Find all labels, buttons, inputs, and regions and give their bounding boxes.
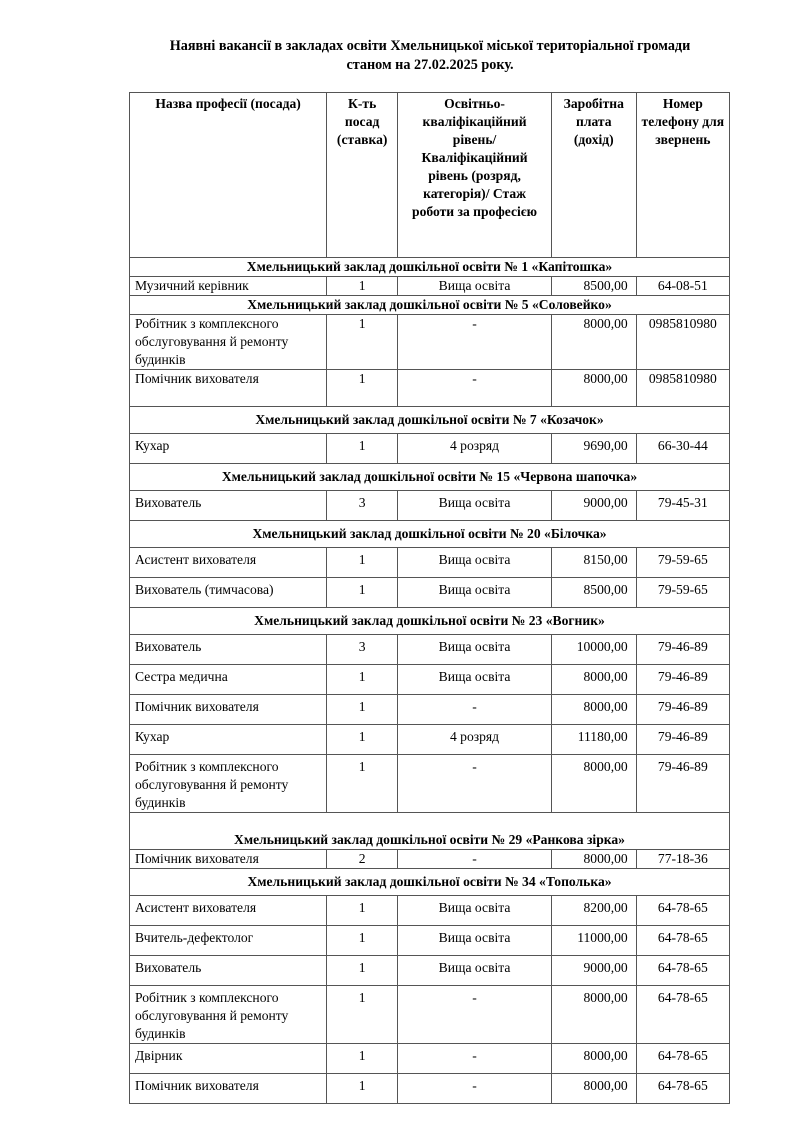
cell-count: 1 [327, 665, 398, 695]
section-header-row: Хмельницький заклад дошкільної освіти № … [130, 813, 730, 850]
cell-salary: 8000,00 [551, 665, 636, 695]
cell-qualification: - [398, 315, 552, 370]
cell-phone: 64-78-65 [636, 1074, 729, 1104]
section-title: Хмельницький заклад дошкільної освіти № … [130, 407, 730, 434]
cell-phone: 66-30-44 [636, 434, 729, 464]
section-title: Хмельницький заклад дошкільної освіти № … [130, 813, 730, 850]
cell-phone: 64-78-65 [636, 896, 729, 926]
section-header-row: Хмельницький заклад дошкільної освіти № … [130, 407, 730, 434]
cell-qualification: Вища освіта [398, 277, 552, 296]
cell-salary: 8000,00 [551, 370, 636, 407]
cell-qualification: - [398, 986, 552, 1044]
cell-qualification: 4 розряд [398, 434, 552, 464]
cell-count: 1 [327, 956, 398, 986]
cell-count: 3 [327, 491, 398, 521]
cell-position: Помічник вихователя [130, 695, 327, 725]
cell-salary: 8150,00 [551, 548, 636, 578]
table-row: Асистент вихователя1Вища освіта8150,0079… [130, 548, 730, 578]
table-row: Вихователь1Вища освіта9000,0064-78-65 [130, 956, 730, 986]
cell-qualification: Вища освіта [398, 548, 552, 578]
cell-qualification: Вища освіта [398, 956, 552, 986]
cell-salary: 8000,00 [551, 850, 636, 869]
table-row: Музичний керівник1Вища освіта8500,0064-0… [130, 277, 730, 296]
cell-position: Робітник з комплексного обслуговування й… [130, 315, 327, 370]
cell-salary: 8200,00 [551, 896, 636, 926]
cell-salary: 8000,00 [551, 315, 636, 370]
cell-salary: 11000,00 [551, 926, 636, 956]
section-header-row: Хмельницький заклад дошкільної освіти № … [130, 521, 730, 548]
cell-qualification: Вища освіта [398, 665, 552, 695]
cell-salary: 9690,00 [551, 434, 636, 464]
cell-phone: 0985810980 [636, 370, 729, 407]
section-header-row: Хмельницький заклад дошкільної освіти № … [130, 608, 730, 635]
cell-salary: 8500,00 [551, 578, 636, 608]
table-row: Вчитель-дефектолог1Вища освіта11000,0064… [130, 926, 730, 956]
cell-qualification: - [398, 695, 552, 725]
cell-phone: 64-78-65 [636, 1044, 729, 1074]
header-salary: Заробітна плата (дохід) [551, 93, 636, 258]
cell-position: Кухар [130, 434, 327, 464]
cell-count: 1 [327, 548, 398, 578]
table-row: Помічник вихователя1-8000,0064-78-65 [130, 1074, 730, 1104]
cell-count: 1 [327, 434, 398, 464]
cell-count: 2 [327, 850, 398, 869]
table-row: Вихователь (тимчасова)1Вища освіта8500,0… [130, 578, 730, 608]
cell-phone: 79-46-89 [636, 725, 729, 755]
cell-count: 1 [327, 315, 398, 370]
cell-position: Двірник [130, 1044, 327, 1074]
cell-position: Сестра медична [130, 665, 327, 695]
cell-phone: 79-59-65 [636, 548, 729, 578]
table-body: Хмельницький заклад дошкільної освіти № … [130, 258, 730, 1104]
cell-position: Кухар [130, 725, 327, 755]
cell-salary: 9000,00 [551, 956, 636, 986]
cell-count: 1 [327, 755, 398, 813]
cell-phone: 0985810980 [636, 315, 729, 370]
cell-count: 1 [327, 896, 398, 926]
cell-count: 1 [327, 1074, 398, 1104]
cell-position: Вихователь [130, 635, 327, 665]
table-row: Кухар14 розряд9690,0066-30-44 [130, 434, 730, 464]
table-row: Вихователь3Вища освіта9000,0079-45-31 [130, 491, 730, 521]
section-header-row: Хмельницький заклад дошкільної освіти № … [130, 869, 730, 896]
cell-salary: 11180,00 [551, 725, 636, 755]
cell-qualification: - [398, 1074, 552, 1104]
cell-salary: 8000,00 [551, 986, 636, 1044]
cell-salary: 8000,00 [551, 695, 636, 725]
cell-position: Помічник вихователя [130, 850, 327, 869]
cell-salary: 10000,00 [551, 635, 636, 665]
cell-qualification: - [398, 370, 552, 407]
cell-count: 1 [327, 986, 398, 1044]
document-title: Наявні вакансії в закладах освіти Хмельн… [0, 37, 793, 75]
cell-phone: 77-18-36 [636, 850, 729, 869]
cell-salary: 9000,00 [551, 491, 636, 521]
section-title: Хмельницький заклад дошкільної освіти № … [130, 258, 730, 277]
table-row: Асистент вихователя1Вища освіта8200,0064… [130, 896, 730, 926]
table-row: Помічник вихователя1-8000,000985810980 [130, 370, 730, 407]
cell-position: Вихователь [130, 491, 327, 521]
header-position: Назва професії (посада) [130, 93, 327, 258]
cell-position: Вчитель-дефектолог [130, 926, 327, 956]
cell-position: Робітник з комплексного обслуговування й… [130, 755, 327, 813]
cell-phone: 64-78-65 [636, 956, 729, 986]
cell-count: 1 [327, 578, 398, 608]
cell-count: 1 [327, 277, 398, 296]
table-header-row: Назва професії (посада) К-ть посад (став… [130, 93, 730, 258]
cell-qualification: - [398, 850, 552, 869]
title-line-1: Наявні вакансії в закладах освіти Хмельн… [0, 37, 793, 56]
table-row: Вихователь3Вища освіта10000,0079-46-89 [130, 635, 730, 665]
table-row: Помічник вихователя2-8000,0077-18-36 [130, 850, 730, 869]
section-title: Хмельницький заклад дошкільної освіти № … [130, 521, 730, 548]
section-header-row: Хмельницький заклад дошкільної освіти № … [130, 296, 730, 315]
section-title: Хмельницький заклад дошкільної освіти № … [130, 608, 730, 635]
cell-qualification: Вища освіта [398, 491, 552, 521]
cell-phone: 79-46-89 [636, 635, 729, 665]
cell-position: Вихователь (тимчасова) [130, 578, 327, 608]
cell-position: Асистент вихователя [130, 896, 327, 926]
cell-qualification: 4 розряд [398, 725, 552, 755]
cell-count: 1 [327, 926, 398, 956]
table-row: Помічник вихователя1-8000,0079-46-89 [130, 695, 730, 725]
table-row: Двірник1-8000,0064-78-65 [130, 1044, 730, 1074]
cell-position: Робітник з комплексного обслуговування й… [130, 986, 327, 1044]
cell-position: Помічник вихователя [130, 1074, 327, 1104]
header-qualification: Освітньо-кваліфікаційний рівень/ Кваліфі… [398, 93, 552, 258]
cell-qualification: Вища освіта [398, 926, 552, 956]
cell-phone: 79-45-31 [636, 491, 729, 521]
cell-count: 1 [327, 695, 398, 725]
header-count: К-ть посад (ставка) [327, 93, 398, 258]
vacancies-table: Назва професії (посада) К-ть посад (став… [129, 92, 730, 1104]
cell-position: Вихователь [130, 956, 327, 986]
cell-qualification: Вища освіта [398, 635, 552, 665]
cell-count: 1 [327, 370, 398, 407]
cell-phone: 79-59-65 [636, 578, 729, 608]
cell-phone: 64-08-51 [636, 277, 729, 296]
cell-count: 1 [327, 725, 398, 755]
table-row: Робітник з комплексного обслуговування й… [130, 315, 730, 370]
cell-salary: 8500,00 [551, 277, 636, 296]
cell-phone: 79-46-89 [636, 695, 729, 725]
cell-qualification: Вища освіта [398, 578, 552, 608]
section-title: Хмельницький заклад дошкільної освіти № … [130, 464, 730, 491]
title-line-2: станом на 27.02.2025 року. [0, 56, 793, 75]
section-title: Хмельницький заклад дошкільної освіти № … [130, 869, 730, 896]
table-row: Сестра медична1Вища освіта8000,0079-46-8… [130, 665, 730, 695]
section-header-row: Хмельницький заклад дошкільної освіти № … [130, 258, 730, 277]
cell-qualification: - [398, 1044, 552, 1074]
cell-qualification: Вища освіта [398, 896, 552, 926]
cell-count: 3 [327, 635, 398, 665]
cell-phone: 64-78-65 [636, 926, 729, 956]
cell-position: Музичний керівник [130, 277, 327, 296]
cell-qualification: - [398, 755, 552, 813]
table-row: Робітник з комплексного обслуговування й… [130, 755, 730, 813]
table-row: Робітник з комплексного обслуговування й… [130, 986, 730, 1044]
cell-phone: 64-78-65 [636, 986, 729, 1044]
section-title: Хмельницький заклад дошкільної освіти № … [130, 296, 730, 315]
cell-salary: 8000,00 [551, 1044, 636, 1074]
header-phone: Номер телефону для звернень [636, 93, 729, 258]
cell-phone: 79-46-89 [636, 665, 729, 695]
cell-position: Помічник вихователя [130, 370, 327, 407]
cell-salary: 8000,00 [551, 1074, 636, 1104]
cell-phone: 79-46-89 [636, 755, 729, 813]
cell-position: Асистент вихователя [130, 548, 327, 578]
table-row: Кухар14 розряд11180,0079-46-89 [130, 725, 730, 755]
cell-salary: 8000,00 [551, 755, 636, 813]
section-header-row: Хмельницький заклад дошкільної освіти № … [130, 464, 730, 491]
cell-count: 1 [327, 1044, 398, 1074]
